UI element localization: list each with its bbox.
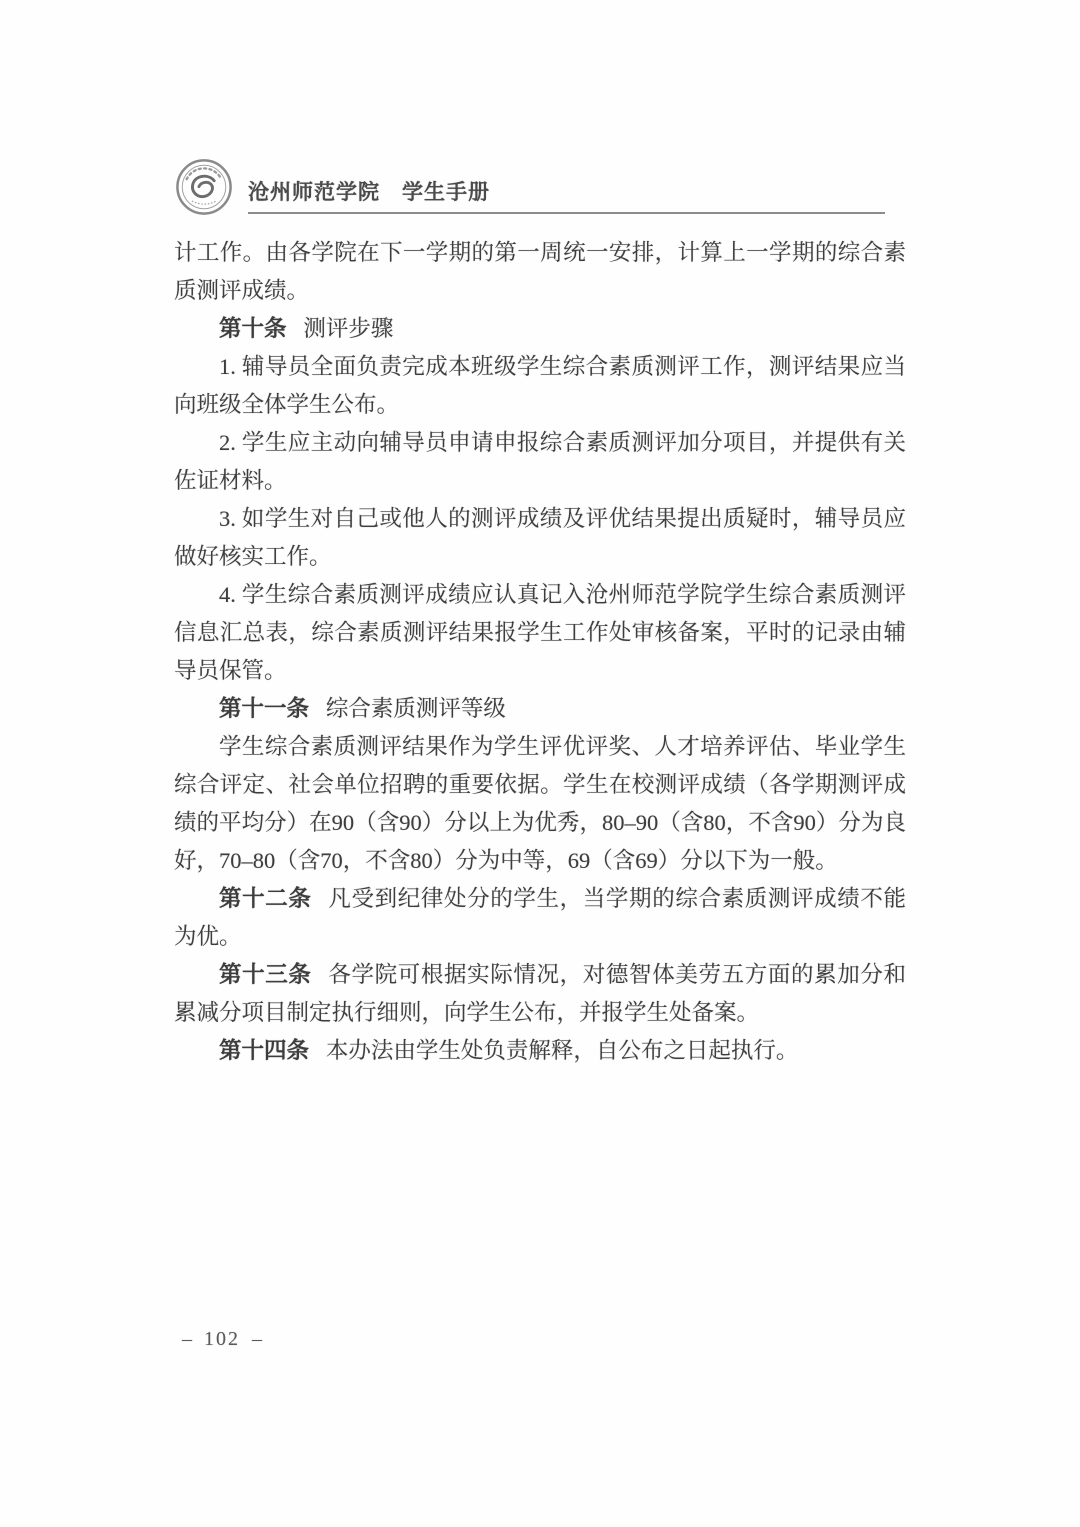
paragraph-text: 计工作。由各学院在下一学期的第一周统一安排，计算上一学期的综合素质测评成绩。 bbox=[174, 240, 906, 303]
paragraph: 第十三条各学院可根据实际情况，对德智体美劳五方面的累加分和累减分项目制定执行细则… bbox=[174, 956, 906, 1032]
paragraph-text: 2. 学生应主动向辅导员申请申报综合素质测评加分项目，并提供有关佐证材料。 bbox=[174, 430, 906, 493]
paragraph-text: 学生综合素质测评结果作为学生评优评奖、人才培养评估、毕业学生综合评定、社会单位招… bbox=[174, 734, 906, 873]
article-heading: 第十一条 bbox=[219, 696, 309, 721]
handbook-page: 沧州师范学院 学生手册 计工作。由各学院在下一学期的第一周统一安排，计算上一学期… bbox=[0, 0, 1080, 1527]
paragraph: 第十条测评步骤 bbox=[174, 310, 906, 348]
article-heading: 第十条 bbox=[219, 316, 287, 341]
page-header: 沧州师范学院 学生手册 bbox=[175, 156, 885, 216]
paragraph: 学生综合素质测评结果作为学生评优评奖、人才培养评估、毕业学生综合评定、社会单位招… bbox=[174, 728, 906, 880]
page-number: 102 bbox=[204, 1328, 240, 1351]
university-seal-icon bbox=[175, 158, 233, 216]
article-heading: 第十三条 bbox=[219, 962, 312, 987]
paragraph: 计工作。由各学院在下一学期的第一周统一安排，计算上一学期的综合素质测评成绩。 bbox=[174, 234, 906, 310]
paragraph: 第十二条凡受到纪律处分的学生，当学期的综合素质测评成绩不能为优。 bbox=[174, 880, 906, 956]
paragraph-text: 测评步骤 bbox=[303, 316, 393, 341]
paragraph: 1. 辅导员全面负责完成本班级学生综合素质测评工作，测评结果应当向班级全体学生公… bbox=[174, 348, 906, 424]
article-heading: 第十四条 bbox=[219, 1038, 309, 1063]
paragraph: 4. 学生综合素质测评成绩应认真记入沧州师范学院学生综合素质测评信息汇总表，综合… bbox=[174, 576, 906, 690]
document-body: 计工作。由各学院在下一学期的第一周统一安排，计算上一学期的综合素质测评成绩。 第… bbox=[174, 234, 906, 1070]
handbook-title: 沧州师范学院 学生手册 bbox=[248, 176, 885, 206]
paragraph: 2. 学生应主动向辅导员申请申报综合素质测评加分项目，并提供有关佐证材料。 bbox=[174, 424, 906, 500]
paragraph-text: 本办法由学生处负责解释，自公布之日起执行。 bbox=[326, 1038, 799, 1063]
page-footer: – 102 – bbox=[182, 1328, 262, 1351]
paragraph: 第十一条综合素质测评等级 bbox=[174, 690, 906, 728]
footer-dash-right: – bbox=[252, 1328, 262, 1351]
footer-dash-left: – bbox=[182, 1328, 192, 1351]
masthead-rule: 沧州师范学院 学生手册 bbox=[248, 176, 885, 214]
paragraph: 3. 如学生对自己或他人的测评成绩及评优结果提出质疑时，辅导员应做好核实工作。 bbox=[174, 500, 906, 576]
paragraph-text: 1. 辅导员全面负责完成本班级学生综合素质测评工作，测评结果应当向班级全体学生公… bbox=[174, 354, 906, 417]
paragraph: 第十四条本办法由学生处负责解释，自公布之日起执行。 bbox=[174, 1032, 906, 1070]
paragraph-text: 4. 学生综合素质测评成绩应认真记入沧州师范学院学生综合素质测评信息汇总表，综合… bbox=[174, 582, 906, 683]
paragraph-text: 3. 如学生对自己或他人的测评成绩及评优结果提出质疑时，辅导员应做好核实工作。 bbox=[174, 506, 906, 569]
article-heading: 第十二条 bbox=[219, 886, 312, 911]
paragraph-text: 综合素质测评等级 bbox=[326, 696, 506, 721]
